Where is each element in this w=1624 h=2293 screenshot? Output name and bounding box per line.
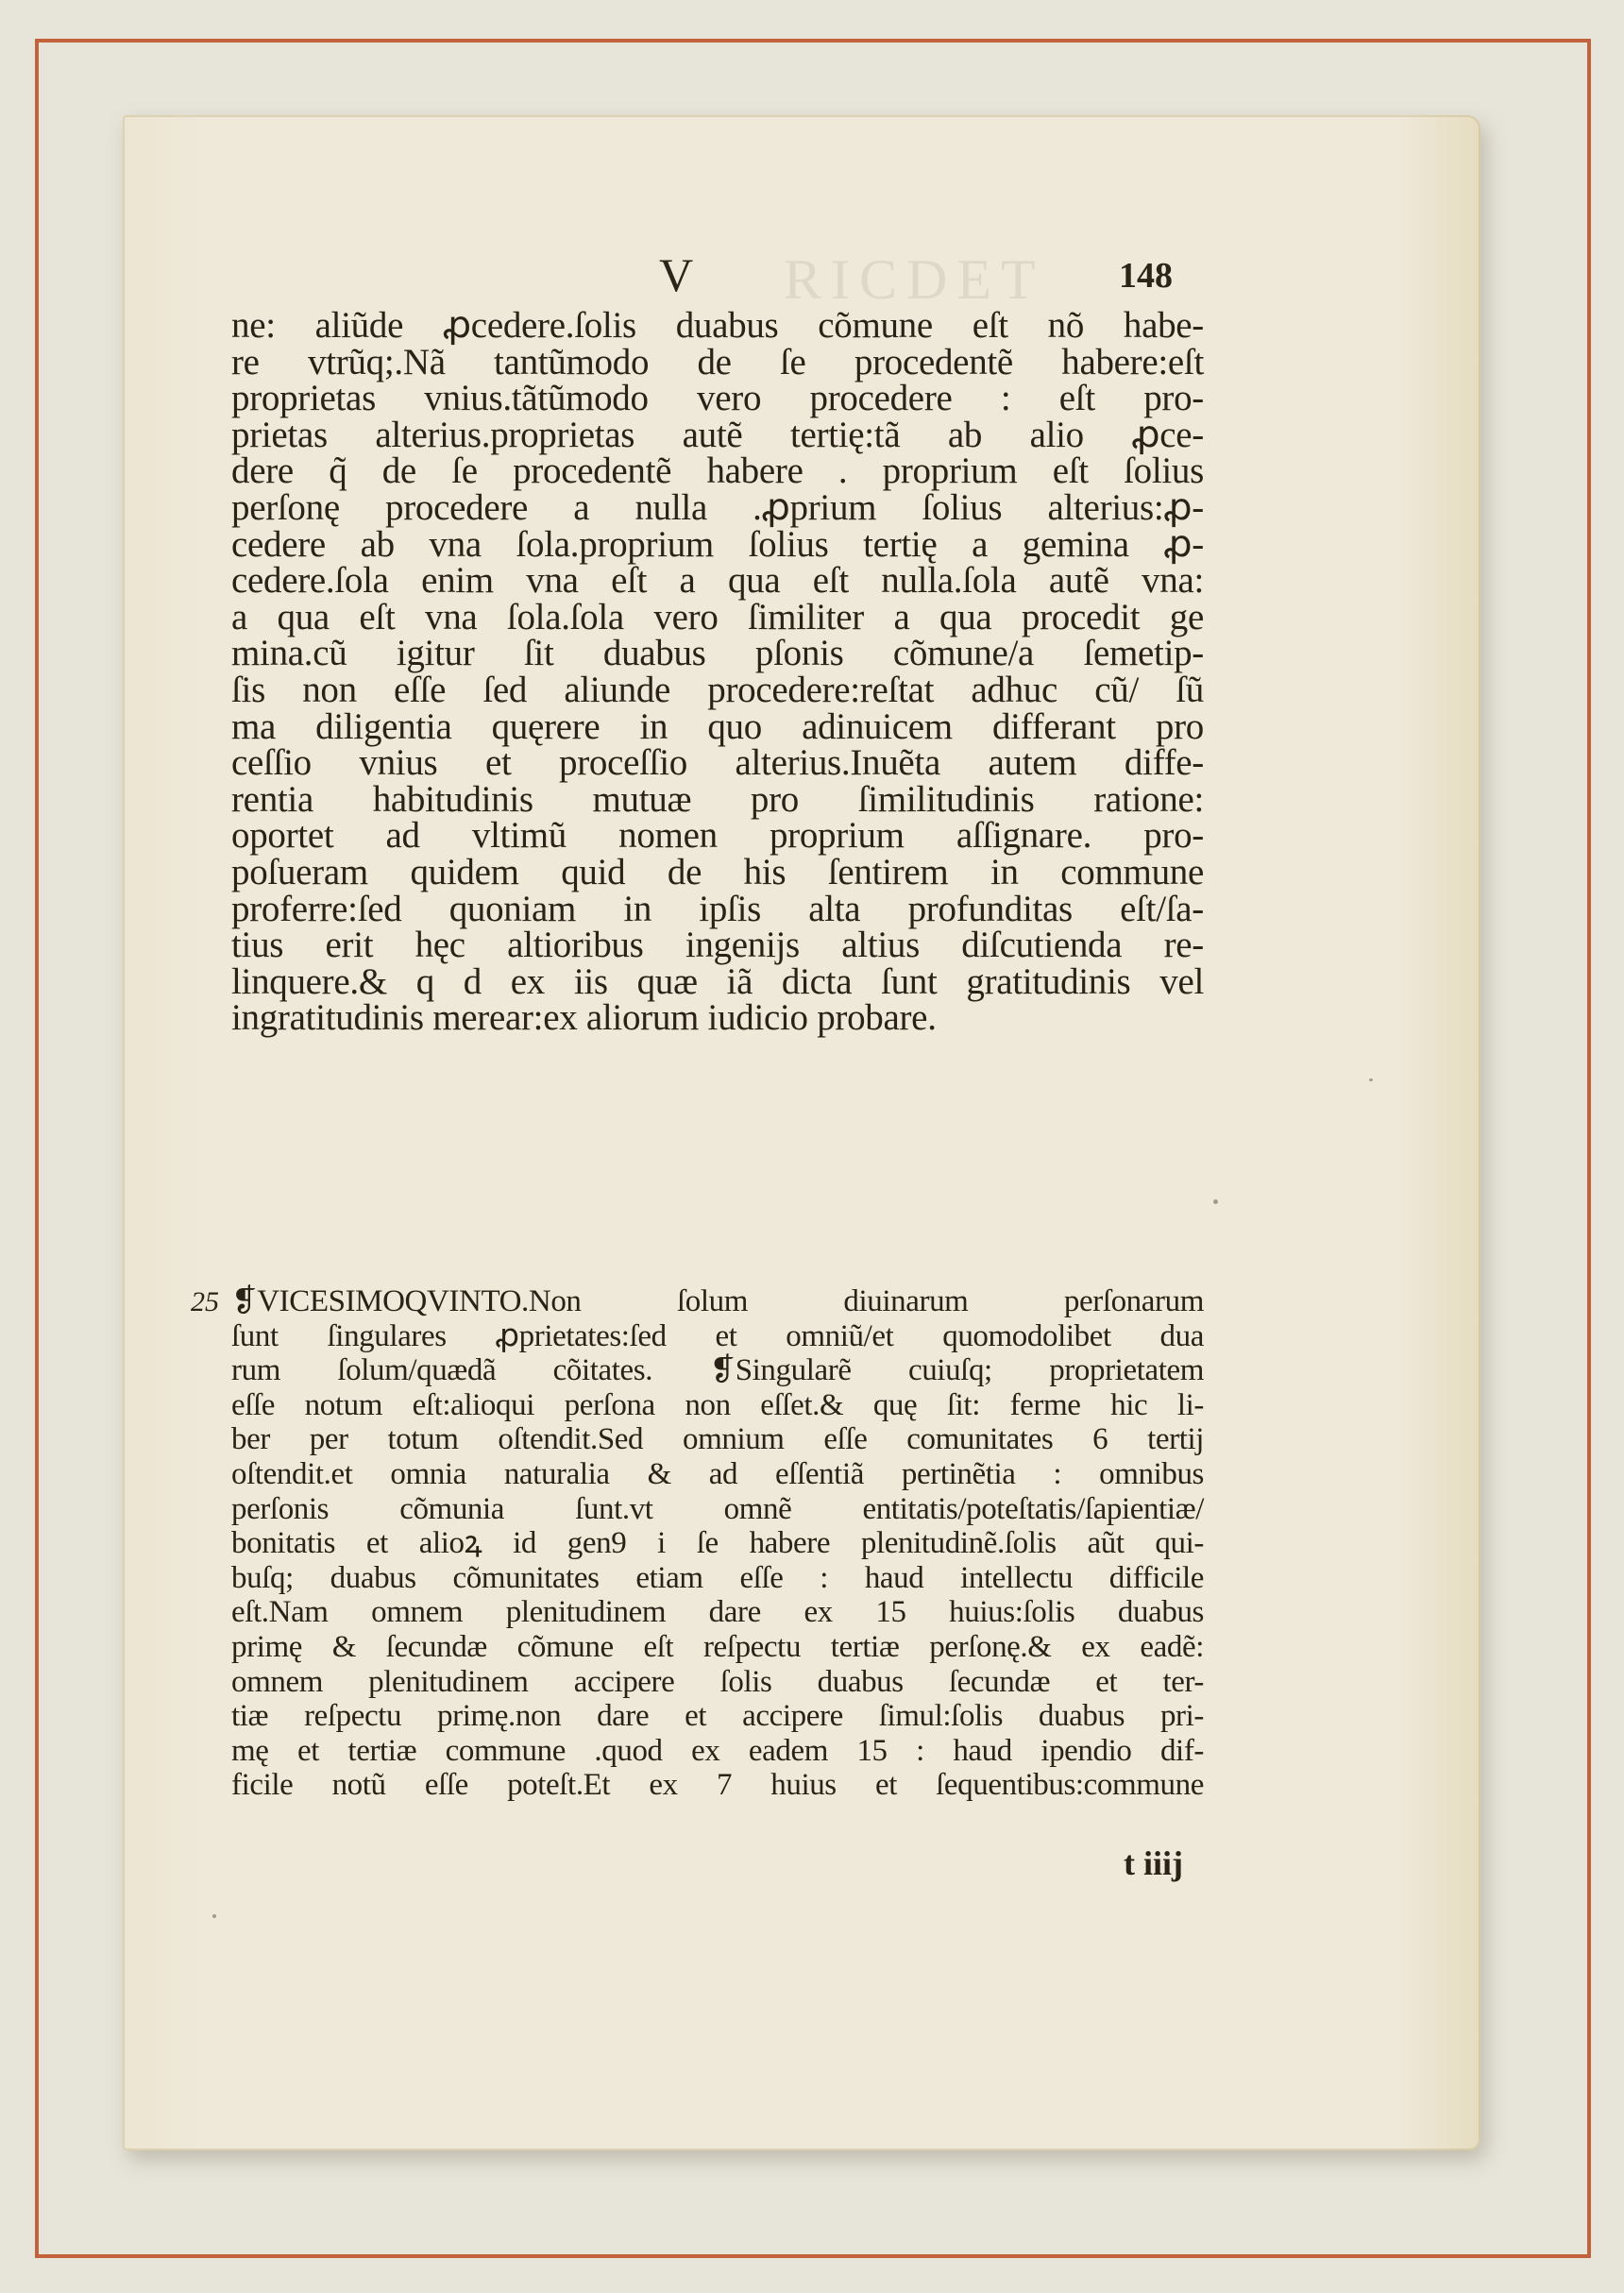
- commentary-line: rum ſolum/quædã cõitates. ❡Singularẽ cui…: [231, 1353, 1204, 1388]
- text-line: ma diligentia quęrere in quo adinuicem d…: [231, 709, 1204, 746]
- commentary-line: buſq; duabus cõmunitates etiam eſſe : ha…: [231, 1561, 1204, 1596]
- text-line: tius erit hęc altioribus ingenijs altius…: [231, 927, 1204, 964]
- text-line: cedere.ſola enim vna eſt a qua eſt nulla…: [231, 563, 1204, 600]
- text-line: proprietas vnius.tãtũmodo vero procedere…: [231, 381, 1204, 417]
- text-line: poſueram quidem quid de his ſentirem in …: [231, 855, 1204, 892]
- text-line: linquere.& q d ex iis quæ iã dicta ſunt …: [231, 964, 1204, 1001]
- commentary-line: perſonis cõmunia ſunt.vt omnẽ entitatis/…: [231, 1492, 1204, 1527]
- text-line: proferre:ſed quoniam in ipſis alta profu…: [231, 892, 1204, 928]
- commentary-line: ber per totum oſtendit.Sed omnium eſſe c…: [231, 1422, 1204, 1457]
- text-line: a qua eſt vna ſola.ſola vero ſimiliter a…: [231, 600, 1204, 637]
- commentary-line: bonitatis et alioꝝ id gen9 i ſe habere p…: [231, 1526, 1204, 1561]
- text-line: mina.cũ igitur ſit duabus pſonis cõmune/…: [231, 636, 1204, 672]
- commentary-line: ❡VICESIMOQVINTO.Non ſolum diuinarum perſ…: [231, 1284, 1204, 1319]
- bleed-through-text: RICDET: [784, 247, 1045, 313]
- commentary-text-block: ❡VICESIMOQVINTO.Non ſolum diuinarum perſ…: [231, 1284, 1204, 1803]
- text-line: oportet ad vltimũ nomen proprium aſſigna…: [231, 818, 1204, 855]
- text-line: prietas alterius.proprietas autẽ tertię:…: [231, 417, 1204, 454]
- paper-speck: [1213, 1199, 1218, 1204]
- text-line: cedere ab vna ſola.proprium ſolius terti…: [231, 527, 1204, 564]
- commentary-line: ſunt ſingulares ꝓprietates:ſed et omniũ/…: [231, 1319, 1204, 1354]
- text-line: perſonę procedere a nulla .ꝓprium ſolius…: [231, 490, 1204, 527]
- text-line: ceſſio vnius et proceſſio alterius.Inuẽt…: [231, 745, 1204, 782]
- section-number: 25: [191, 1286, 219, 1318]
- commentary-line: primę & ſecundæ cõmune eſt reſpectu tert…: [231, 1630, 1204, 1665]
- signature-mark: t iiij: [1124, 1843, 1183, 1883]
- text-line: ne: aliũde ꝓcedere.ſolis duabus cõmune e…: [231, 308, 1204, 345]
- text-line: dere q̃ de ſe procedentẽ habere . propri…: [231, 453, 1204, 490]
- text-line: re vtrũq;.Nã tantũmodo de ſe procedentẽ …: [231, 345, 1204, 382]
- main-text-block: ne: aliũde ꝓcedere.ſolis duabus cõmune e…: [231, 308, 1204, 1037]
- commentary-line: oſtendit.et omnia naturalia & ad eſſenti…: [231, 1457, 1204, 1492]
- commentary-line: eſt.Nam omnem plenitudinem dare ex 15 hu…: [231, 1595, 1204, 1630]
- text-line: rentia habitudinis mutuæ pro ſimilitudin…: [231, 782, 1204, 819]
- commentary-line: mę et tertiæ commune .quod ex eadem 15 :…: [231, 1734, 1204, 1769]
- running-header-letter: V: [659, 247, 693, 302]
- commentary-line: eſſe notum eſt:alioqui perſona non eſſet…: [231, 1388, 1204, 1423]
- text-line-last: ingratitudinis merear:ex aliorum iudicio…: [231, 1000, 1204, 1037]
- paper-speck: [212, 1914, 216, 1918]
- paper-speck: [1369, 1079, 1373, 1081]
- commentary-line: omnem plenitudinem accipere ſolis duabus…: [231, 1665, 1204, 1700]
- book-page: RICDET V 148 ne: aliũde ꝓcedere.ſolis du…: [123, 115, 1480, 2150]
- text-line: ſis non eſſe ſed aliunde procedere:reſta…: [231, 672, 1204, 709]
- commentary-line: tiæ reſpectu primę.non dare et accipere …: [231, 1699, 1204, 1734]
- commentary-line: ficile notũ eſſe poteſt.Et ex 7 huius et…: [231, 1768, 1204, 1803]
- folio-number: 148: [1119, 255, 1173, 297]
